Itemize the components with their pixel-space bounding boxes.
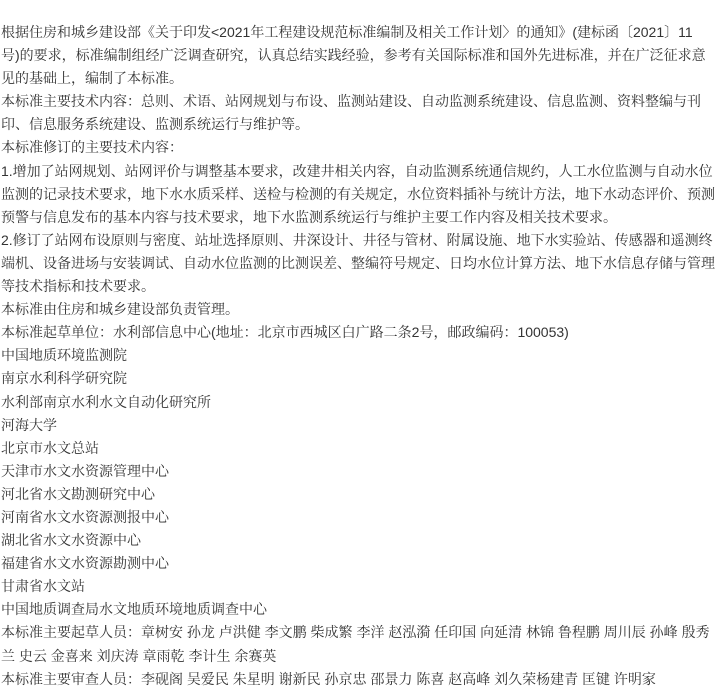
- paragraph-main-drafters: 本标准主要起草人员：章树安 孙龙 卢洪健 李文鹏 柴成繁 李洋 赵泓漪 任印国 …: [1, 621, 718, 667]
- paragraph-drafting-unit: 水利部南京水利水文自动化研究所: [1, 391, 718, 414]
- text-line: 本标准起草单位：水利部信息中心(地址：北京市西城区白广路二条2号，邮政编码：10…: [1, 321, 718, 344]
- text-line: 兰 史云 金喜来 刘庆涛 章雨乾 李计生 余赛英: [1, 645, 718, 668]
- paragraph-drafting-unit: 甘肃省水文站: [1, 575, 718, 598]
- paragraph-drafting-unit: 福建省水文水资源勘测中心: [1, 552, 718, 575]
- paragraph-basis-statement: 根据住房和城乡建设部《关于印发<2021年工程建设规范标准编制及相关工作计划〉的…: [1, 21, 718, 90]
- text-line: 北京市水文总站: [1, 437, 718, 460]
- paragraph-drafting-unit: 北京市水文总站: [1, 437, 718, 460]
- paragraph-drafting-unit: 河海大学: [1, 414, 718, 437]
- paragraph-main-technical-content: 本标准主要技术内容：总则、术语、站网规划与布设、监测站建设、自动监测系统建设、信…: [1, 90, 718, 136]
- text-line: 中国地质调查局水文地质环境地质调查中心: [1, 598, 718, 621]
- paragraph-drafting-unit: 天津市水文水资源管理中心: [1, 460, 718, 483]
- text-line: 河北省水文勘测研究中心: [1, 483, 718, 506]
- text-line: 见的基础上，编制了本标准。: [1, 67, 718, 90]
- text-line: 预警与信息发布的基本内容与技术要求，地下水监测系统运行与维护主要工作内容及相关技…: [1, 206, 718, 229]
- text-line: 河海大学: [1, 414, 718, 437]
- text-line: 湖北省水文水资源中心: [1, 529, 718, 552]
- text-line: 本标准主要起草人员：章树安 孙龙 卢洪健 李文鹏 柴成繁 李洋 赵泓漪 任印国 …: [1, 621, 718, 644]
- paragraph-revision-item-2: 2.修订了站网布设原则与密度、站址选择原则、井深设计、井径与管材、附属设施、地下…: [1, 229, 718, 298]
- paragraph-drafting-unit: 中国地质调查局水文地质环境地质调查中心: [1, 598, 718, 621]
- document-body: 根据住房和城乡建设部《关于印发<2021年工程建设规范标准编制及相关工作计划〉的…: [0, 0, 718, 688]
- text-line: 河南省水文水资源测报中心: [1, 506, 718, 529]
- paragraph-drafting-unit: 中国地质环境监测院: [1, 344, 718, 367]
- paragraph-chief-drafting-unit: 本标准起草单位：水利部信息中心(地址：北京市西城区白广路二条2号，邮政编码：10…: [1, 321, 718, 344]
- text-line: 等技术指标和技术要求。: [1, 275, 718, 298]
- text-line: 本标准修订的主要技术内容：: [1, 136, 718, 159]
- paragraph-drafting-unit: 南京水利科学研究院: [1, 367, 718, 390]
- text-line: 中国地质环境监测院: [1, 344, 718, 367]
- text-line: 水利部南京水利水文自动化研究所: [1, 391, 718, 414]
- text-line: 南京水利科学研究院: [1, 367, 718, 390]
- paragraph-management-statement: 本标准由住房和城乡建设部负责管理。: [1, 298, 718, 321]
- paragraph-main-reviewers: 本标准主要审查人员：李砚阁 吴爱民 朱星明 谢新民 孙京忠 邵景力 陈喜 赵高峰…: [1, 668, 718, 688]
- text-line: 2.修订了站网布设原则与密度、站址选择原则、井深设计、井径与管材、附属设施、地下…: [1, 229, 718, 252]
- paragraph-drafting-unit: 河北省水文勘测研究中心: [1, 483, 718, 506]
- text-line: 甘肃省水文站: [1, 575, 718, 598]
- paragraph-drafting-unit: 河南省水文水资源测报中心: [1, 506, 718, 529]
- text-line: 天津市水文水资源管理中心: [1, 460, 718, 483]
- text-line: 福建省水文水资源勘测中心: [1, 552, 718, 575]
- text-line: 根据住房和城乡建设部《关于印发<2021年工程建设规范标准编制及相关工作计划〉的…: [1, 21, 718, 44]
- text-line: 1.增加了站网规划、站网评价与调整基本要求，改建井相关内容，自动监测系统通信规约…: [1, 160, 718, 183]
- text-line: 监测的记录技术要求，地下水水质采样、送检与检测的有关规定，水位资料插补与统计方法…: [1, 183, 718, 206]
- text-line: 端机、设备进场与安装调试、自动水位监测的比测误差、整编符号规定、日均水位计算方法…: [1, 252, 718, 275]
- text-line: 印、信息服务系统建设、监测系统运行与维护等。: [1, 113, 718, 136]
- paragraph-revision-heading: 本标准修订的主要技术内容：: [1, 136, 718, 159]
- paragraph-revision-item-1: 1.增加了站网规划、站网评价与调整基本要求，改建井相关内容，自动监测系统通信规约…: [1, 160, 718, 229]
- text-line: 本标准主要审查人员：李砚阁 吴爱民 朱星明 谢新民 孙京忠 邵景力 陈喜 赵高峰…: [1, 668, 718, 688]
- text-line: 本标准主要技术内容：总则、术语、站网规划与布设、监测站建设、自动监测系统建设、信…: [1, 90, 718, 113]
- text-line: 号)的要求，标准编制组经广泛调查研究，认真总结实践经验，参考有关国际标准和国外先…: [1, 44, 718, 67]
- text-line: 本标准由住房和城乡建设部负责管理。: [1, 298, 718, 321]
- paragraph-drafting-unit: 湖北省水文水资源中心: [1, 529, 718, 552]
